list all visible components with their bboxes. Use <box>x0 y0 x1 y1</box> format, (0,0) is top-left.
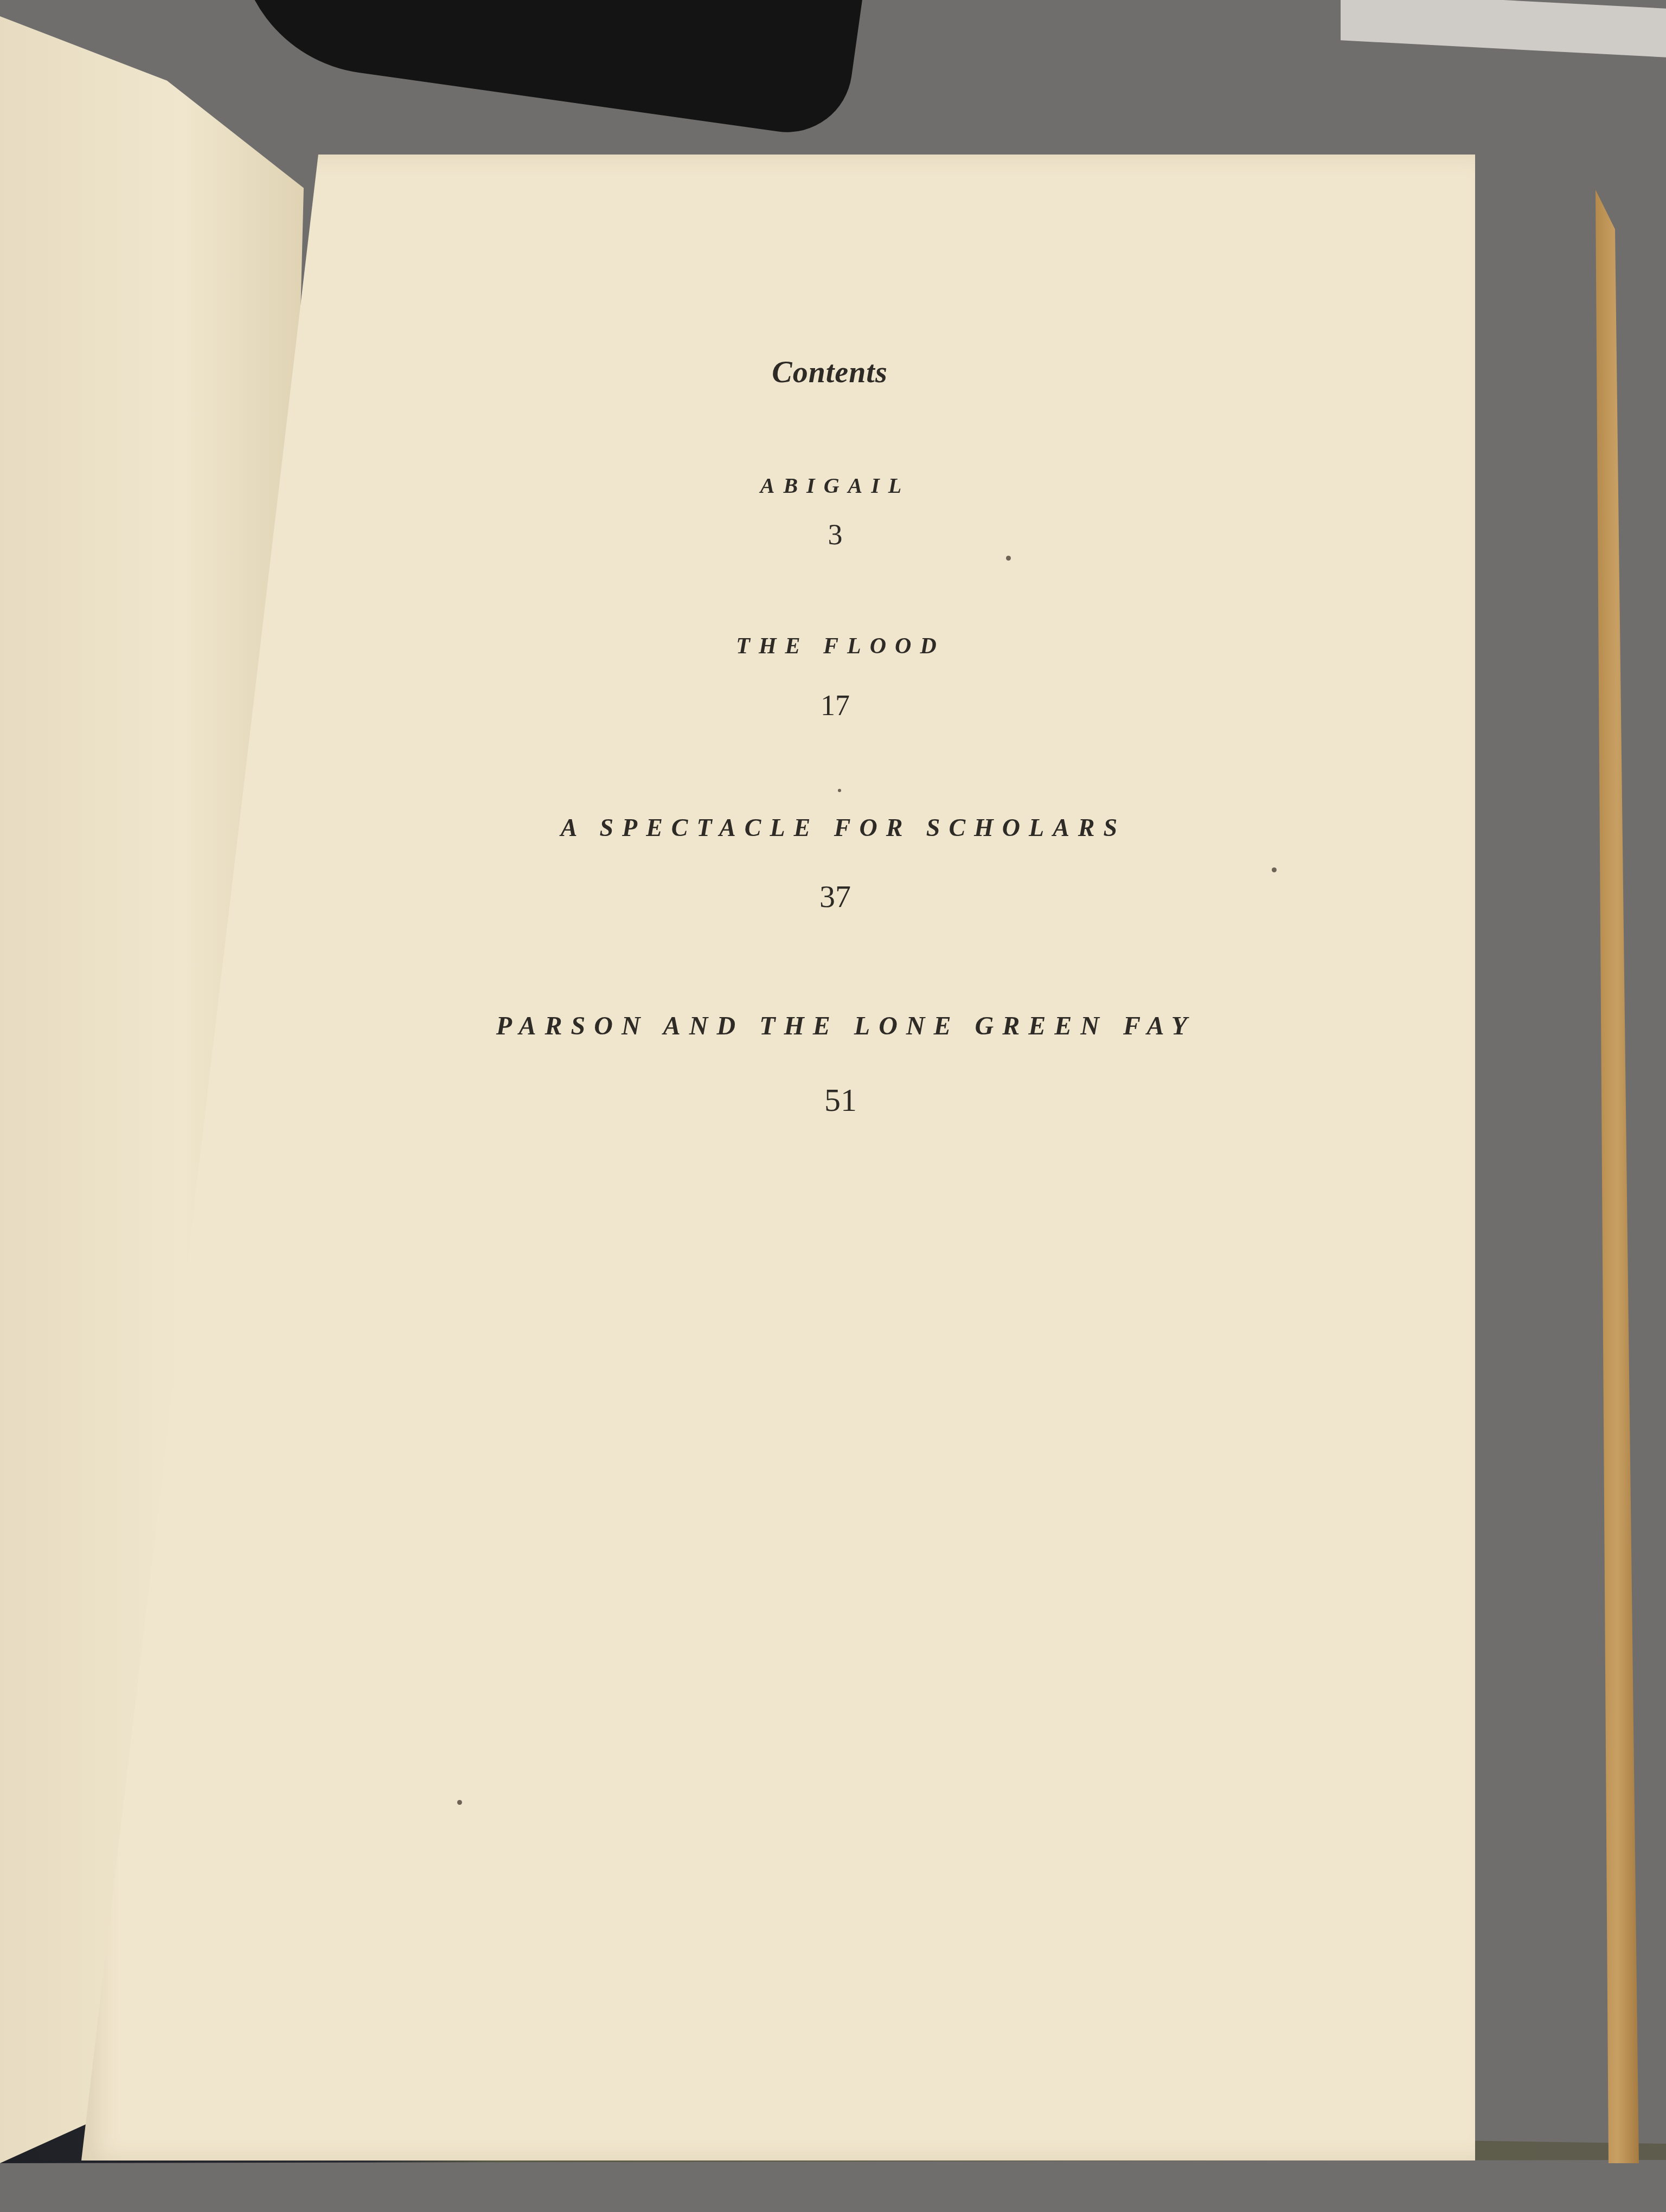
paper-speck <box>457 1800 462 1805</box>
paper-speck <box>838 789 841 792</box>
toc-entry-page: 17 <box>781 689 889 722</box>
toc-entry-title: ABIGAIL <box>683 473 987 498</box>
table-of-contents: Contents ABIGAIL 3 THE FLOOD 17 A SPECTA… <box>0 0 1666 2212</box>
contents-heading: Contents <box>748 355 911 390</box>
toc-entry-title: THE FLOOD <box>651 633 1030 659</box>
paper-speck <box>1006 556 1011 561</box>
photo-scene: Contents ABIGAIL 3 THE FLOOD 17 A SPECTA… <box>0 0 1666 2212</box>
toc-entry-title: PARSON AND THE LONE GREEN FAY <box>423 1011 1269 1041</box>
paper-speck <box>1272 867 1277 872</box>
toc-entry-page: 51 <box>786 1082 895 1119</box>
toc-entry-page: 37 <box>781 878 889 915</box>
toc-entry-title: A SPECTACLE FOR SCHOLARS <box>504 813 1182 842</box>
toc-entry-page: 3 <box>781 518 889 551</box>
